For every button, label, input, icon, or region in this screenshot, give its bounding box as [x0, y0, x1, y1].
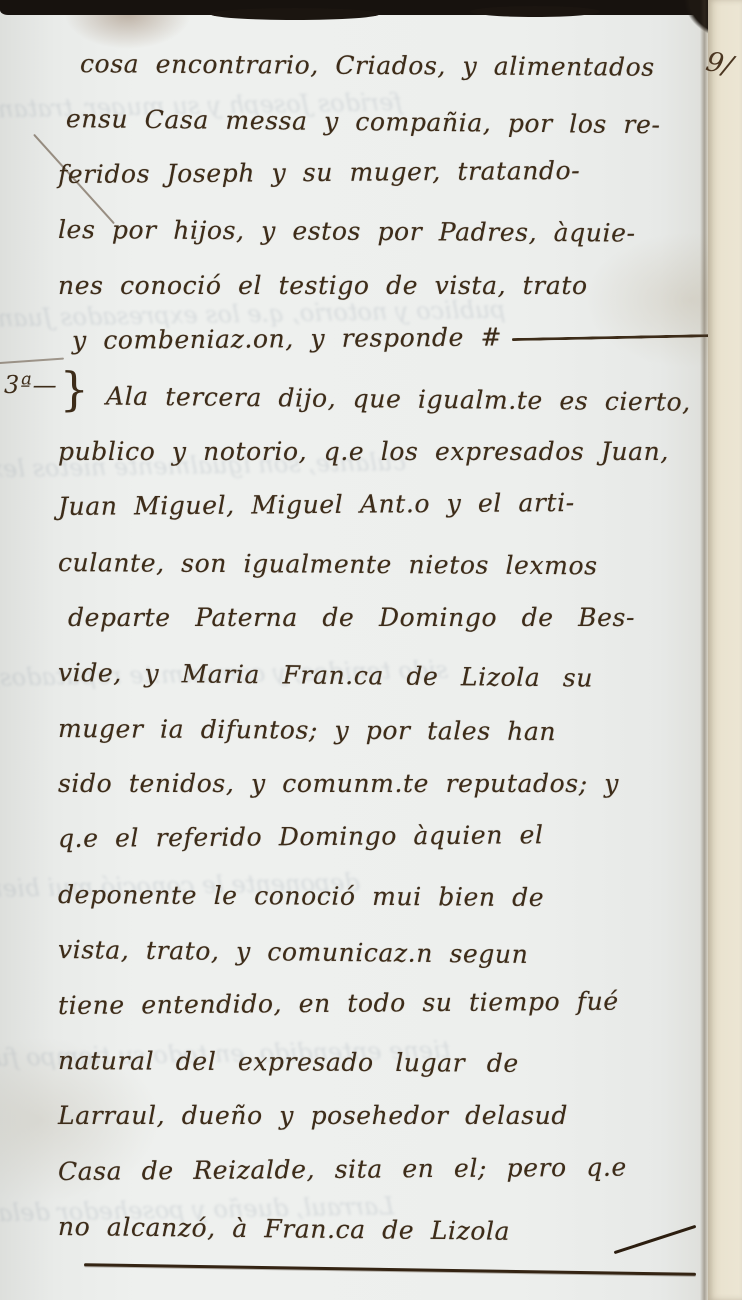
manuscript-line: muger ia difuntos; y por tales han	[58, 701, 706, 760]
manuscript-line: no alcanzó, à Fran.ca de Lizola	[58, 1199, 707, 1261]
manuscript-line: les por hijos, y estos por Padres, àquie…	[58, 202, 706, 261]
manuscript-line: publico y notorio, q.e los expresados Ju…	[58, 424, 706, 479]
manuscript-line: departe Paterna de Domingo de Bes-	[58, 590, 706, 645]
manuscript-line: natural del expresado lugar de	[58, 1033, 706, 1092]
manuscript-line-with-rule: y combeniaz.on, y responde #	[58, 308, 706, 368]
manuscript-text-block: cosa encontrario, Criados, y alimentados…	[58, 36, 706, 1255]
manuscript-line: Juan Miguel, Miguel Ant.o y el arti-	[58, 474, 706, 534]
manuscript-line: tiene entendido, en todo su tiempo fué	[58, 973, 706, 1033]
manuscript-line-text: y combeniaz.on, y responde #	[72, 322, 502, 354]
adjacent-page-edge: 9/	[708, 0, 742, 1300]
margin-section-label: 3ª—	[4, 371, 58, 399]
manuscript-line: culante, son igualmente nietos lexmos	[58, 535, 706, 594]
page-gutter-crease	[700, 0, 708, 1300]
closing-rule	[84, 1263, 696, 1276]
manuscript-line: sido tenidos, y comunm.te reputados; y	[58, 756, 706, 811]
manuscript-line: cosa encontrario, Criados, y alimentados	[58, 36, 706, 95]
manuscript-line: nes conoció el testigo de vista, trato	[58, 258, 706, 313]
manuscript-line: Casa de Reizalde, sita en el; pero q.e	[58, 1139, 706, 1199]
manuscript-page-scan: feridos Joseph y su muger, tratando- pub…	[0, 0, 742, 1300]
manuscript-line: deponente le conoció mui bien de	[58, 867, 706, 926]
manuscript-line: q.e el referido Domingo àquien el	[58, 806, 706, 866]
manuscript-line: feridos Joseph y su muger, tratando-	[58, 142, 706, 202]
manuscript-line: Ala tercera dijo, que igualm.te es ciert…	[58, 368, 707, 430]
binding-edge-shadow	[470, 6, 600, 17]
manuscript-line: vide, y Maria Fran.ca de Lizola su	[58, 645, 707, 707]
binding-edge-shadow	[210, 8, 380, 20]
manuscript-line: Larraul, dueño y posehedor delasud	[58, 1088, 706, 1143]
adjacent-page-number: 9/	[703, 46, 742, 85]
